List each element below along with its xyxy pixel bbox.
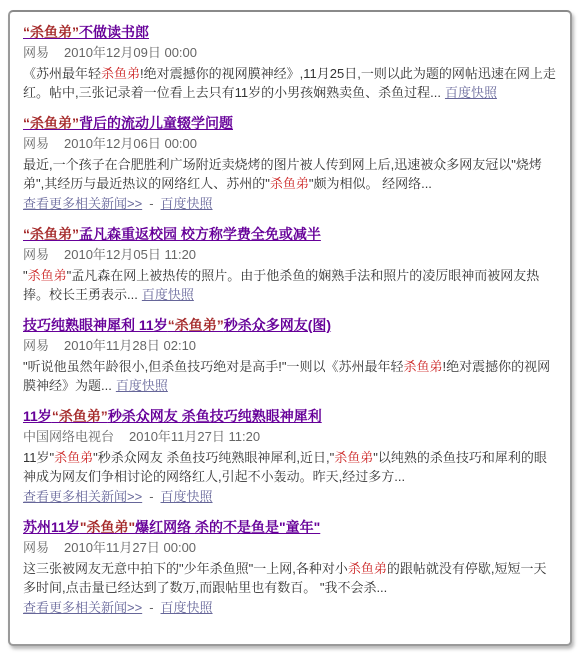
title-segment: 秒杀众网友 杀鱼技巧纯熟眼神犀利 [108,408,322,424]
snippet-highlight-segment: 杀鱼弟 [101,66,140,81]
baidu-cache-link[interactable]: 百度快照 [161,600,213,615]
result-title-row: “杀鱼弟”背后的流动儿童辍学问题 [23,114,557,133]
title-segment: 秒杀众多网友(图) [224,317,331,333]
snippet-segment: 《苏州最年轻 [23,66,101,81]
result-source: 网易 [23,45,49,60]
title-segment: 背后的流动儿童辍学问题 [79,115,233,131]
title-segment: 技巧纯熟眼神犀利 11岁 [23,317,168,333]
result-title-link[interactable]: “杀鱼弟”背后的流动儿童辍学问题 [23,115,233,131]
result-date: 2010年12月05日 11:20 [64,247,196,262]
title-segment: 孟凡森重返校园 校方称学费全免或减半 [79,226,321,242]
result-meta: 网易2010年11月28日 02:10 [23,337,557,354]
search-result: “杀鱼弟”背后的流动儿童辍学问题 网易2010年12月06日 00:00 最近,… [23,114,557,213]
result-date: 2010年11月27日 00:00 [64,540,196,555]
snippet-segment: "颇为相似。 经网络... [309,176,432,191]
search-result: 11岁“杀鱼弟”秒杀众网友 杀鱼技巧纯熟眼神犀利 中国网络电视台2010年11月… [23,407,557,506]
snippet-segment: 11岁" [23,450,54,465]
result-title-row: “杀鱼弟”孟凡森重返校园 校方称学费全免或减半 [23,225,557,244]
results-panel: “杀鱼弟”不做读书郎 网易2010年12月09日 00:00 《苏州最年轻杀鱼弟… [8,10,572,646]
result-title-link[interactable]: 苏州11岁"杀鱼弟"爆红网络 杀的不是鱼是"童年" [23,519,320,535]
result-snippet: 最近,一个孩子在合肥胜利广场附近卖烧烤的图片被人传到网上后,迅速被众多网友冠以"… [23,155,557,193]
more-related-news-link[interactable]: 查看更多相关新闻>> [23,600,142,615]
more-related-news-link[interactable]: 查看更多相关新闻>> [23,196,142,211]
result-source: 网易 [23,247,49,262]
results-list: “杀鱼弟”不做读书郎 网易2010年12月09日 00:00 《苏州最年轻杀鱼弟… [23,23,557,617]
title-highlight-segment: “杀鱼弟” [23,24,79,40]
link-separator: - [149,489,153,504]
result-date: 2010年12月09日 00:00 [64,45,197,60]
title-highlight-segment: “杀鱼弟” [52,408,108,424]
result-meta: 网易2010年12月05日 11:20 [23,246,557,263]
baidu-cache-link[interactable]: 百度快照 [161,196,213,211]
result-title-row: “杀鱼弟”不做读书郎 [23,23,557,42]
result-snippet: "杀鱼弟"孟凡森在网上被热传的照片。由于他杀鱼的娴熟手法和照片的凌厉眼神而被网友… [23,266,557,304]
title-segment: 不做读书郎 [79,24,149,40]
search-result: “杀鱼弟”不做读书郎 网易2010年12月09日 00:00 《苏州最年轻杀鱼弟… [23,23,557,102]
snippet-segment: "秒杀众网友 杀鱼技巧纯熟眼神犀利,近日," [93,450,334,465]
result-title-link[interactable]: 11岁“杀鱼弟”秒杀众网友 杀鱼技巧纯熟眼神犀利 [23,408,322,424]
result-links-row: 查看更多相关新闻>>-百度快照 [23,487,557,506]
search-result: “杀鱼弟”孟凡森重返校园 校方称学费全免或减半 网易2010年12月05日 11… [23,225,557,304]
baidu-cache-link[interactable]: 百度快照 [161,489,213,504]
result-snippet: "听说他虽然年龄很小,但杀鱼技巧绝对是高手!"一则以《苏州最年轻杀鱼弟!绝对震撼… [23,357,557,395]
search-result: 技巧纯熟眼神犀利 11岁“杀鱼弟”秒杀众多网友(图) 网易2010年11月28日… [23,316,557,395]
result-source: 网易 [23,540,49,555]
snippet-highlight-segment: 杀鱼弟 [54,450,93,465]
result-date: 2010年11月28日 02:10 [64,338,196,353]
result-snippet: 11岁"杀鱼弟"秒杀众网友 杀鱼技巧纯熟眼神犀利,近日,"杀鱼弟"以纯熟的杀鱼技… [23,448,557,486]
result-source: 网易 [23,338,49,353]
baidu-cache-link-inline[interactable]: 百度快照 [445,85,497,100]
result-snippet: 这三张被网友无意中拍下的"少年杀鱼照"一上网,各种对小杀鱼弟的跟帖就没有停歇,短… [23,559,557,597]
snippet-highlight-segment: 杀鱼弟 [334,450,373,465]
result-meta: 网易2010年12月06日 00:00 [23,135,557,152]
result-links-row: 查看更多相关新闻>>-百度快照 [23,598,557,617]
result-source: 中国网络电视台 [23,429,114,444]
snippet-segment: "孟凡森在网上被热传的照片。由于他杀鱼的娴熟手法和照片的凌厉眼神而被网友热捧。校… [23,268,539,302]
result-date: 2010年12月06日 00:00 [64,136,197,151]
title-highlight-segment: "杀鱼弟" [80,519,135,535]
snippet-highlight-segment: 杀鱼弟 [348,561,387,576]
snippet-highlight-segment: 杀鱼弟 [28,268,67,283]
search-result: 苏州11岁"杀鱼弟"爆红网络 杀的不是鱼是"童年" 网易2010年11月27日 … [23,518,557,617]
result-title-row: 技巧纯熟眼神犀利 11岁“杀鱼弟”秒杀众多网友(图) [23,316,557,335]
more-related-news-link[interactable]: 查看更多相关新闻>> [23,489,142,504]
result-title-link[interactable]: “杀鱼弟”不做读书郎 [23,24,149,40]
snippet-segment: "听说他虽然年龄很小,但杀鱼技巧绝对是高手!"一则以《苏州最年轻 [23,359,403,374]
result-title-link[interactable]: “杀鱼弟”孟凡森重返校园 校方称学费全免或减半 [23,226,321,242]
result-links-row: 查看更多相关新闻>>-百度快照 [23,194,557,213]
result-date: 2010年11月27日 11:20 [129,429,260,444]
result-meta: 中国网络电视台2010年11月27日 11:20 [23,428,557,445]
snippet-segment: 这三张被网友无意中拍下的"少年杀鱼照"一上网,各种对小 [23,561,348,576]
title-segment: 苏州11岁 [23,519,80,535]
link-separator: - [149,600,153,615]
result-meta: 网易2010年11月27日 00:00 [23,539,557,556]
link-separator: - [149,196,153,211]
title-highlight-segment: “杀鱼弟” [168,317,224,333]
snippet-highlight-segment: 杀鱼弟 [403,359,442,374]
result-source: 网易 [23,136,49,151]
title-highlight-segment: “杀鱼弟” [23,115,79,131]
title-segment: 爆红网络 杀的不是鱼是"童年" [135,519,320,535]
baidu-cache-link-inline[interactable]: 百度快照 [142,287,194,302]
title-highlight-segment: “杀鱼弟” [23,226,79,242]
result-title-row: 11岁“杀鱼弟”秒杀众网友 杀鱼技巧纯熟眼神犀利 [23,407,557,426]
title-segment: 11岁 [23,408,52,424]
baidu-cache-link-inline[interactable]: 百度快照 [116,378,168,393]
result-meta: 网易2010年12月09日 00:00 [23,44,557,61]
snippet-highlight-segment: 杀鱼弟 [270,176,309,191]
result-snippet: 《苏州最年轻杀鱼弟!绝对震撼你的视网膜神经》,11月25日,一则以此为题的网帖迅… [23,64,557,102]
result-title-link[interactable]: 技巧纯熟眼神犀利 11岁“杀鱼弟”秒杀众多网友(图) [23,317,331,333]
result-title-row: 苏州11岁"杀鱼弟"爆红网络 杀的不是鱼是"童年" [23,518,557,537]
